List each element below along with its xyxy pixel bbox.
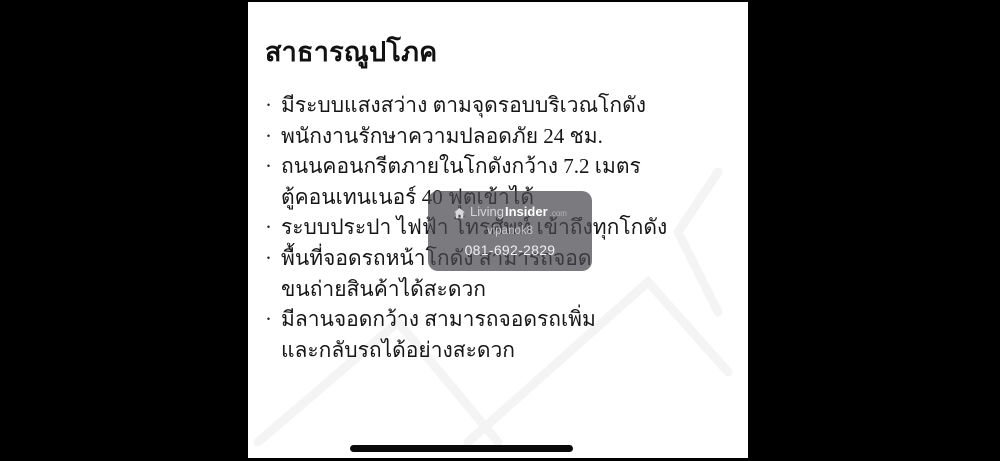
- bullet-marker: ·: [265, 212, 281, 243]
- watermark-phone: 081-692-2829: [465, 242, 556, 258]
- bullet-continuation-line: และกลับรถได้อย่างสะดวก: [265, 335, 735, 366]
- bullet-marker: ·: [265, 121, 281, 152]
- bullet-text: ขนถ่ายสินค้าได้สะดวก: [281, 274, 486, 305]
- bullet-line: · พนักงานรักษาความปลอดภัย 24 ชม.: [265, 121, 735, 152]
- watermark-card: LivingInsider.com vipanok8 081-692-2829: [428, 191, 592, 271]
- brand-living-label: Living: [470, 204, 504, 220]
- bullet-text: และกลับรถได้อย่างสะดวก: [281, 335, 515, 366]
- bullet-line: · มีลานจอดกว้าง สามารถจอดรถเพิ่ม: [265, 304, 735, 335]
- bullet-text: มีระบบแสงสว่าง ตามจุดรอบบริเวณโกดัง: [281, 90, 646, 121]
- bullet-marker: ·: [265, 151, 281, 182]
- bullet-line: · มีระบบแสงสว่าง ตามจุดรอบบริเวณโกดัง: [265, 90, 735, 121]
- screen-background: สาธารณูปโภค · มีระบบแสงสว่าง ตามจุดรอบบร…: [0, 0, 1000, 461]
- bullet-text: ถนนคอนกรีตภายในโกดังกว้าง 7.2 เมตร: [281, 151, 641, 182]
- bullet-marker: ·: [265, 243, 281, 274]
- watermark-username: vipanok8: [487, 225, 533, 238]
- bullet-marker: ·: [265, 90, 281, 121]
- brand-insider-label: Insider: [505, 204, 548, 220]
- bullet-line: · ถนนคอนกรีตภายในโกดังกว้าง 7.2 เมตร: [265, 151, 735, 182]
- bullet-marker: ·: [265, 304, 281, 335]
- watermark-brand: LivingInsider.com: [453, 204, 567, 222]
- bullet-continuation-line: ขนถ่ายสินค้าได้สะดวก: [265, 274, 735, 305]
- livinginsider-logo-icon: [453, 207, 466, 220]
- home-indicator-bar: [350, 445, 573, 452]
- bullet-text: พนักงานรักษาความปลอดภัย 24 ชม.: [281, 121, 603, 152]
- photo-panel: สาธารณูปโภค · มีระบบแสงสว่าง ตามจุดรอบบร…: [248, 2, 748, 458]
- page-title: สาธารณูปโภค: [265, 30, 437, 73]
- bullet-text: มีลานจอดกว้าง สามารถจอดรถเพิ่ม: [281, 304, 596, 335]
- brand-tld-label: .com: [550, 206, 567, 222]
